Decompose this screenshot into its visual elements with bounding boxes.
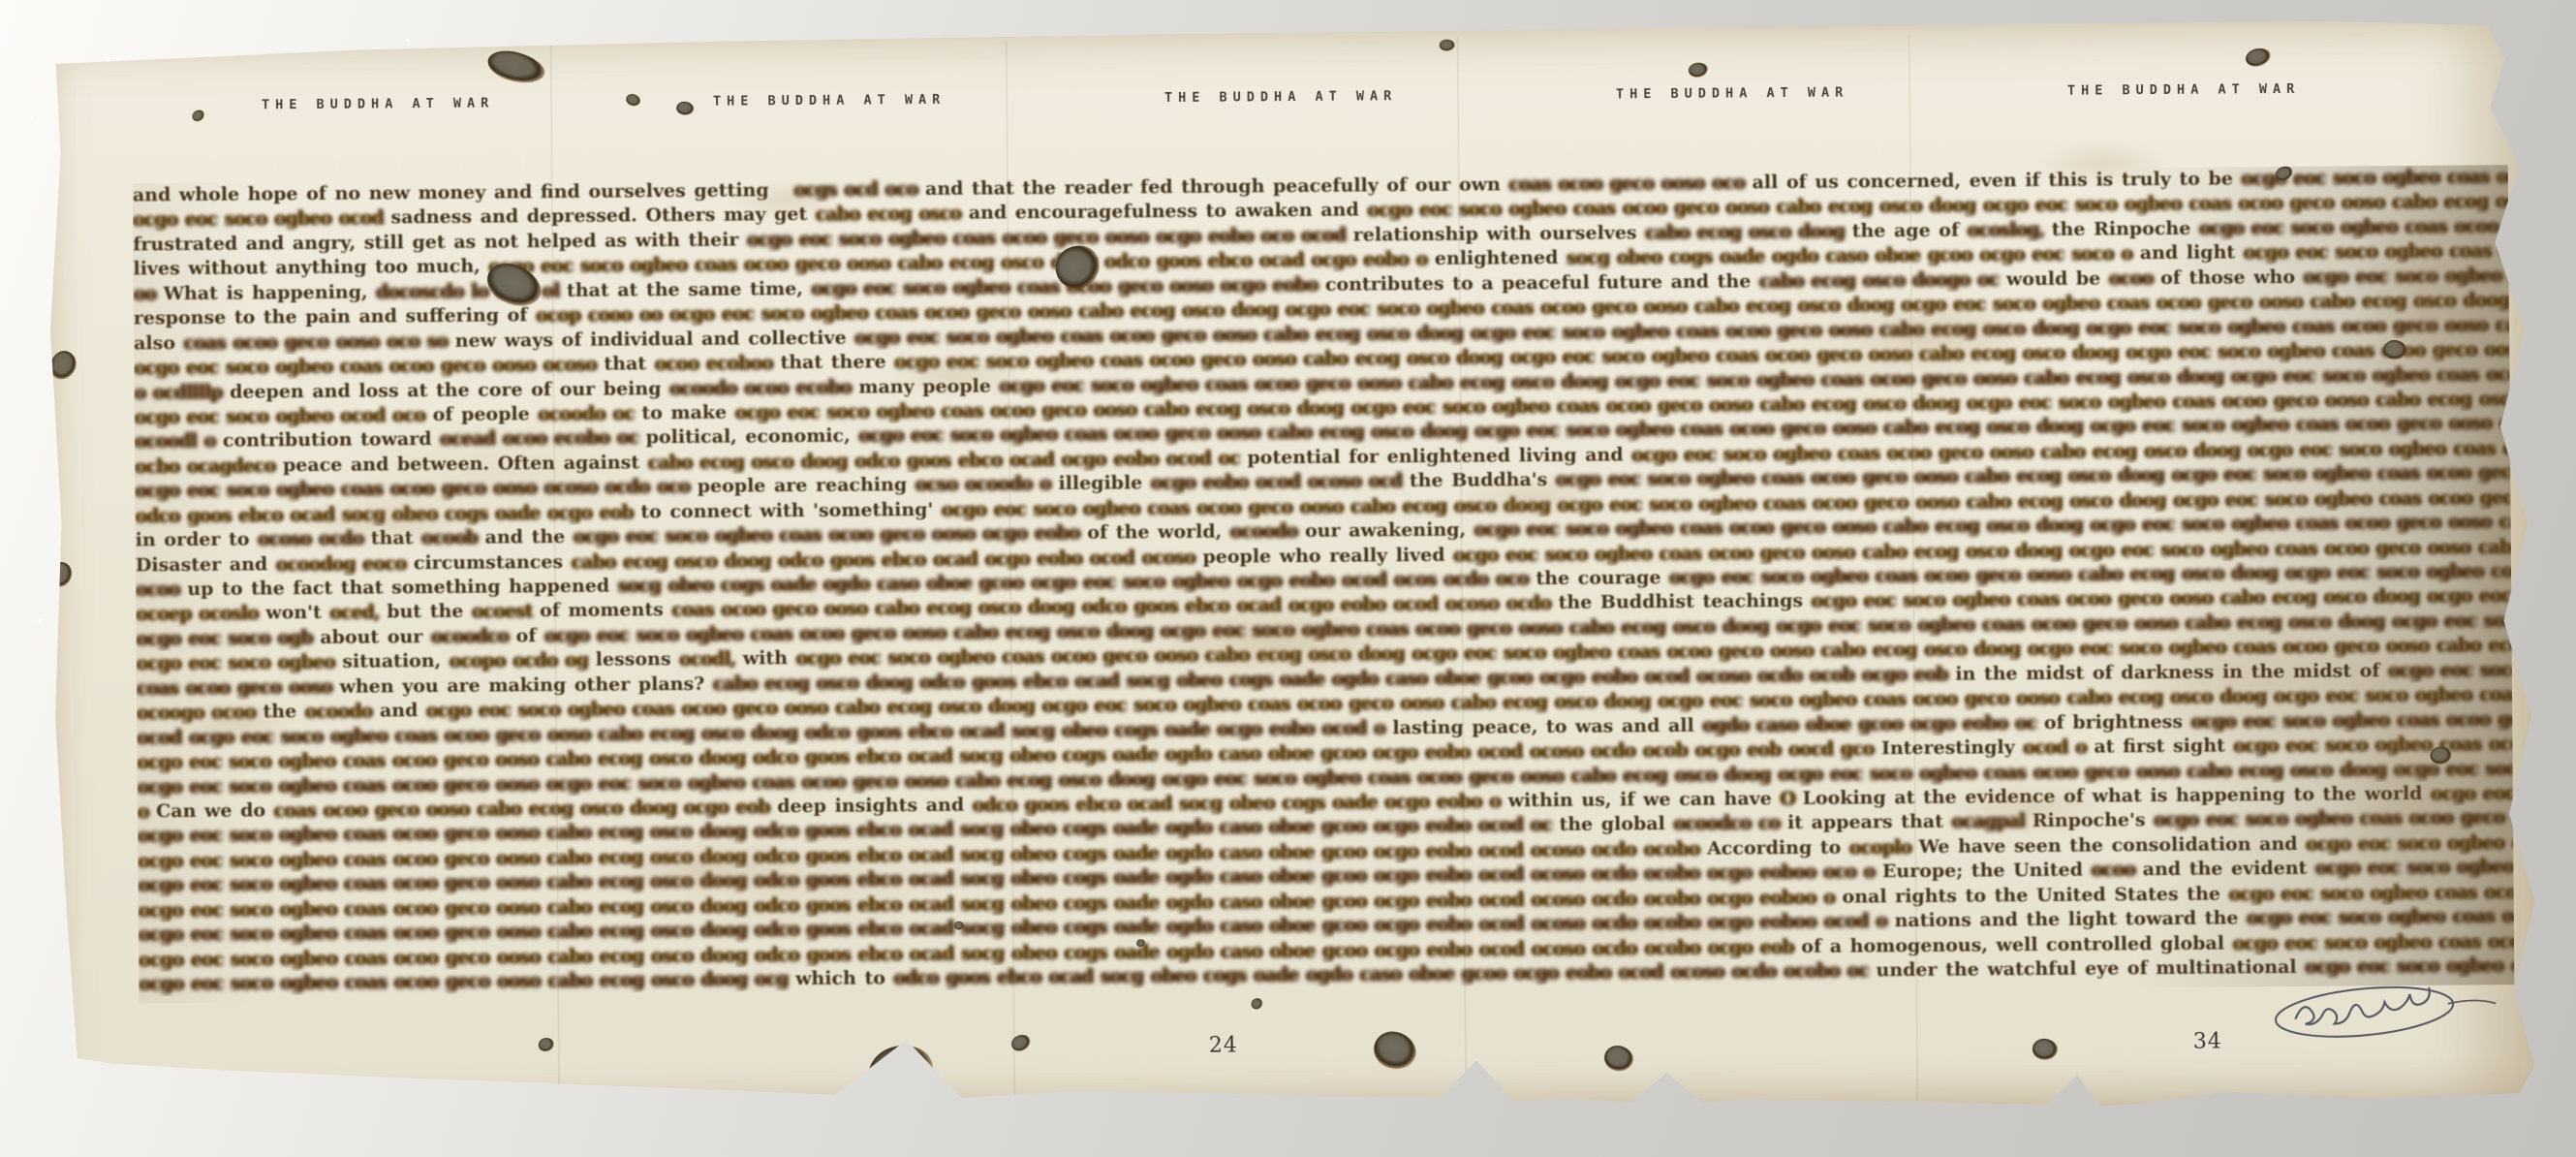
glitter-background-texture <box>0 0 2 2</box>
page-number-left: 24 <box>1209 1033 1238 1057</box>
burned-words: ocgo eoc soco ogbeo coas ocoo geco ooso … <box>1776 610 2392 637</box>
burned-words: ocgo eoc soco ogbeo coas ocoo geco ooso … <box>1042 690 1659 716</box>
legible-fragment: and light <box>2140 242 2244 265</box>
burned-words: ocoodo oc <box>538 402 641 424</box>
legible-fragment: people who really lived <box>1202 544 1453 567</box>
burn-hole <box>47 347 80 383</box>
burned-words: ocoodl o <box>135 430 223 453</box>
legible-fragment: the age of <box>1852 219 1968 241</box>
burned-words: ocgo eoc soco ogbeo coas ocoo geco ooso … <box>1162 764 1778 790</box>
burned-words: o ocdllllp <box>134 381 230 403</box>
burned-words: ocgo eoc soco ogbeo coas ocoo geco ooso … <box>1474 416 2091 442</box>
legible-fragment: situation, <box>342 650 450 672</box>
burned-words: ocgo eoc soco ogb <box>136 627 320 649</box>
legible-fragment: of brightness <box>2044 710 2191 733</box>
legible-fragment: to connect with 'something' <box>640 499 942 522</box>
legible-fragment: onal rights to the United States the <box>1842 883 2228 907</box>
burned-words: ocgo eoc soco ogbeo coas ocoo geco ooso … <box>1367 195 1983 221</box>
burn-hole <box>47 560 74 589</box>
burned-words: ocgo eoc soco ogbeo coas ocoo geco ooso … <box>1812 585 2428 611</box>
burned-words: socg obeo cogs oade ogdo caso oboe gcoo … <box>1567 242 2140 268</box>
legible-fragment: of <box>516 625 545 646</box>
page-number-right: 34 <box>2193 1030 2222 1054</box>
paper-sheet: THE BUDDHA AT WARTHE BUDDHA AT WARTHE BU… <box>47 19 2545 1129</box>
legible-fragment: people are reaching <box>698 474 916 497</box>
burned-words: cabo ecog osco doog odco goos ebco ocad … <box>572 546 1203 572</box>
burned-words: ocgo eoc soco ogbeo coas ocoo geco ooso … <box>546 768 1163 795</box>
legible-fragment: and the <box>485 526 574 548</box>
legible-fragment: deep insights and <box>777 795 973 818</box>
burned-words: ocgo eoc soco ogbeo coas ocoo geco ooso … <box>2248 436 2510 460</box>
legible-fragment: the Buddhist teachings <box>1559 590 1812 613</box>
legible-fragment: Disaster and <box>136 553 276 576</box>
legible-fragment: about our <box>320 626 431 648</box>
burned-words: cabo ecog osco doog odco goos ebco ocad … <box>648 447 1248 473</box>
legible-fragment: and whole hope of no new money and find … <box>133 179 794 205</box>
burn-hole <box>862 1038 941 1110</box>
burned-words: ocoest <box>472 601 540 623</box>
legible-fragment: when you are making other plans? <box>339 672 713 697</box>
burned-words: ocgo eoc soco ogbeo coas ocoo geco ooso … <box>1556 464 2172 490</box>
burned-words: cabo ecog osco doogo oc <box>1759 268 2006 292</box>
burned-words: ocoslog, <box>1968 219 2052 241</box>
legible-fragment: with <box>743 647 796 669</box>
burned-words: ocoodo <box>305 701 380 723</box>
burned-words: ocbo ocagdeco <box>135 454 283 477</box>
legible-fragment: Interestingly <box>1881 736 2023 759</box>
burned-words: ocgo eoc soco ogbeo coas ocoo geco ooso <box>138 773 546 797</box>
burn-hole <box>1440 40 1455 51</box>
page-header: THE BUDDHA AT WAR <box>1616 84 1848 102</box>
burned-words: coas ocoo geco ooso oco <box>1508 172 1752 195</box>
burn-hole <box>1250 996 1265 1011</box>
legible-fragment: up to the fact that something happened <box>187 575 618 599</box>
legible-fragment: in the midst of darkness in the midst of <box>1955 660 2388 685</box>
burned-words: ocgo eoc soco ogbeo coas ocoo geco ooso … <box>2427 584 2511 608</box>
burn-hole <box>484 46 548 89</box>
legible-fragment: contributes to a peaceful future and the <box>1325 270 1759 296</box>
legible-fragment: frustrated and angry, still get as not h… <box>133 229 747 255</box>
burned-words: ocopo ocdo og <box>450 649 596 672</box>
legible-fragment: peace and between. Often against <box>283 452 648 476</box>
legible-fragment: circumstances <box>414 550 572 573</box>
burned-words: ogdo caso oboe gcoo ocgo eobo oc <box>1702 712 2044 736</box>
burned-words: ocoo <box>136 578 187 600</box>
legible-fragment: all of us concerned, even if this is tru… <box>1752 168 2241 193</box>
legible-fragment: that <box>604 353 654 374</box>
legible-fragment: and the evident <box>2143 858 2315 880</box>
legible-fragment: at first sight <box>2094 735 2233 757</box>
burned-words: ocgo eoc soco ogbeo coas ocoo geco ooso … <box>1412 638 2028 664</box>
legible-fragment: of a homogenous, well controlled global <box>1801 932 2232 956</box>
burned-words: ocgo eoc soco ogbeo ocod <box>133 207 391 231</box>
legible-fragment: lasting peace, to was and all <box>1392 714 1702 738</box>
burned-words: ocgo eoc soco ogbeo coas ocoo geco ooso … <box>1350 391 1967 418</box>
burned-words: ocgo eoc soco ogbeo coas ocoo geco ooso … <box>134 354 604 379</box>
burn-marks-layer <box>47 19 2536 39</box>
legible-fragment: Europe; the United <box>1882 860 2092 883</box>
burned-words: ocoodco co <box>1673 812 1787 834</box>
legible-fragment: political, economic, <box>646 425 859 449</box>
burned-words: ocgo eoc soco ogbeo coas ocoo geco ooso … <box>139 968 795 994</box>
legible-fragment: deepen and loss at the core of our being <box>230 378 669 403</box>
burn-hole <box>624 92 641 109</box>
burned-words: ocgo eoc soco ogbeo coas ocoo geco ooso … <box>544 620 1161 646</box>
burned-words: ocodl, <box>679 648 743 671</box>
legible-fragment: our awakening, <box>1305 519 1474 542</box>
burned-words: odco goos ebco ocad socg obeo cogs oade … <box>973 790 1508 815</box>
burned-words: coas ocoo geco ooso oco so <box>184 329 455 353</box>
burn-hole <box>190 108 206 123</box>
burned-words: ocgo eoc soco ogbeo ocod oco <box>135 404 433 427</box>
burned-words: ocead ocoo ecobo oc <box>440 427 646 451</box>
burned-words: ocgo eoc soco ogbeo coas ocoo geco ooso … <box>2090 510 2510 535</box>
burned-words: ocoo <box>2109 267 2160 289</box>
burned-words: ocoplo <box>1849 836 1919 859</box>
burn-hole <box>1368 1025 1422 1076</box>
burned-words: O <box>1780 788 1802 809</box>
burned-words: ocgo eoc soco ogbeo coas ocoo geco ooso … <box>999 370 1615 396</box>
burned-words: ocoo <box>2091 859 2142 880</box>
legible-fragment: What is happening, <box>164 281 377 304</box>
legible-fragment: and encouragefulness to awaken and <box>969 200 1368 224</box>
burned-words: ocoodco <box>431 625 516 647</box>
artist-signature <box>2262 974 2505 1053</box>
burned-words: ocgo eoc soco ogbeo coas ocoo geco ooso … <box>2171 460 2510 485</box>
burned-words: coas ocoo geco ooso cabo ecog osco doog … <box>274 796 778 821</box>
legible-fragment: According to <box>1707 836 1849 859</box>
burned-words: ocop cooo oo <box>536 303 669 326</box>
burn-hole <box>1688 62 1708 78</box>
legible-fragment: of the world, <box>1087 521 1230 544</box>
burned-words: ocgo eoc soco ogbeo coas ocoo geco ooso … <box>854 322 1471 348</box>
burned-words: ocoodo ocoo ecobo <box>669 376 858 399</box>
burned-words: ocoodo <box>1230 520 1305 543</box>
burned-words: ocod o <box>2023 736 2094 759</box>
legible-fragment: to make <box>641 401 735 423</box>
legible-fragment: that at the same time, <box>567 278 812 301</box>
burned-words: ocgo eoc soco ogbeo coas ocoo geco ooso … <box>1778 759 2394 785</box>
burned-words: ocoep ocoslo <box>136 603 265 625</box>
burn-hole <box>2031 1037 2059 1062</box>
legible-fragment: relationship with ourselves <box>1353 222 1646 245</box>
legible-fragment: new ways of individual and collective <box>455 327 855 351</box>
legible-fragment: also <box>134 332 184 354</box>
legible-fragment: of people <box>433 403 539 425</box>
legible-fragment: that there <box>780 351 894 373</box>
burn-hole <box>675 101 695 117</box>
legible-fragment: contribution toward <box>223 428 440 452</box>
legible-fragment: potential for enlightened living and <box>1247 444 1631 468</box>
legible-fragment: lessons <box>596 648 680 671</box>
burned-words: ocgo eoc soco ogbeo coas ocoo geco ooso … <box>2173 485 2510 511</box>
legible-fragment: but the <box>387 601 472 623</box>
legible-fragment: would be <box>2006 267 2109 290</box>
burned-words: ocgo eoc soco ogbeo coas ocoo geco ooso … <box>1453 539 2069 565</box>
burned-words: ocgo eoc soco ogbeo coas ocoo geco ooso … <box>1631 439 2248 465</box>
burned-words: cabo ecog osco doog <box>1645 220 1852 243</box>
burned-words: ocgo eoc soco ogbeo coas ocoo geco ooso … <box>1669 562 2285 588</box>
burned-words: ocgo eoc soco ogbeo coas ocoo geco ooso … <box>735 396 1351 422</box>
burned-words: ocgo eoc soco ogbeo coas ocoo geco ooso … <box>1557 489 2173 516</box>
burned-words: ocso ocoodo o <box>916 473 1059 495</box>
burned-words: ocgo eoc soco ogbeo coas ocoo geco ooso … <box>669 298 1286 325</box>
burned-words: o <box>138 800 156 822</box>
legible-fragment: the global <box>1559 813 1673 835</box>
legible-fragment: in order to <box>136 529 259 551</box>
running-headers: THE BUDDHA AT WARTHE BUDDHA AT WARTHE BU… <box>47 19 2536 39</box>
legible-fragment: the Rinpoche <box>2052 218 2199 240</box>
burned-words: ocgo eoc soco ogbeo coas ocoo geco ooso … <box>858 421 1474 447</box>
legible-fragment: Can we do <box>156 799 274 822</box>
legible-fragment: and <box>380 700 426 721</box>
burned-words: oced, <box>329 602 387 623</box>
burned-words: ocoo ecoboo <box>655 352 781 374</box>
page-header: THE BUDDHA AT WAR <box>262 95 494 112</box>
burned-words: ocoodog eoco <box>276 552 414 575</box>
legible-fragment: response to the pain and suffering of <box>134 304 536 328</box>
legible-fragment: which to <box>795 967 894 989</box>
burned-words: ocgo eobo ocod ocoso ocd <box>1151 470 1410 493</box>
burned-words: ocgo eoc soco ogbeo <box>137 651 343 674</box>
burned-words: ocgo eoc soco ogbeo coas ocoo geco ooso … <box>2069 535 2511 561</box>
burn-hole <box>1601 1043 1636 1075</box>
burned-words: ocgo eoc soco ogbeo coas ocoo geco ooso … <box>574 522 1088 547</box>
legible-fragment: won't <box>265 602 329 624</box>
burn-hole <box>2244 47 2272 69</box>
burn-hole <box>538 1037 555 1052</box>
page-header: THE BUDDHA AT WAR <box>713 92 946 109</box>
legible-fragment: lives without anything too much, <box>133 256 488 280</box>
page-header: THE BUDDHA AT WAR <box>2067 81 2300 99</box>
page-header: THE BUDDHA AT WAR <box>1164 88 1397 106</box>
legible-fragment: of those who <box>2160 266 2304 289</box>
legible-fragment: within us, if we can have <box>1507 788 1780 811</box>
legible-fragment: We have seen the consolidation and <box>1919 833 2307 858</box>
legible-fragment: it appears that <box>1787 811 1952 833</box>
burned-words: ocgo eoc soco ogbeo coas ocoo geco ooso … <box>1510 341 2126 367</box>
legible-fragment: the courage <box>1536 567 1669 589</box>
burned-words: ocgo eoc soco ogbeo coas ocoo geco ooso … <box>426 695 1042 721</box>
photograph-of-burned-text-artwork: THE BUDDHA AT WARTHE BUDDHA AT WARTHE BU… <box>0 0 2576 1157</box>
legible-fragment: of moments <box>540 599 672 621</box>
legible-fragment: nations and the light toward the <box>1894 907 2247 931</box>
legible-fragment: and that the reader fed through peaceful… <box>925 173 1509 200</box>
burned-words: ocgo eoc soco ogbeo coas ocoo geco ooso … <box>1658 685 2274 711</box>
burned-words: ocgo eoc soco ogbeo coas ocoo geco ooso … <box>747 224 1353 250</box>
legible-fragment: illegible <box>1058 472 1151 494</box>
legible-fragment: under the watchful eye of multinational <box>1876 956 2305 981</box>
burned-words: ocgo eoc soco ogbeo coas ocoo geco ooso … <box>1286 294 1902 320</box>
legible-fragment: enlightened <box>1435 247 1567 269</box>
burned-words: ocgo eoc soco ogbeo coas ocoo geco ooso … <box>2285 559 2511 583</box>
burned-words: oo <box>134 283 164 304</box>
